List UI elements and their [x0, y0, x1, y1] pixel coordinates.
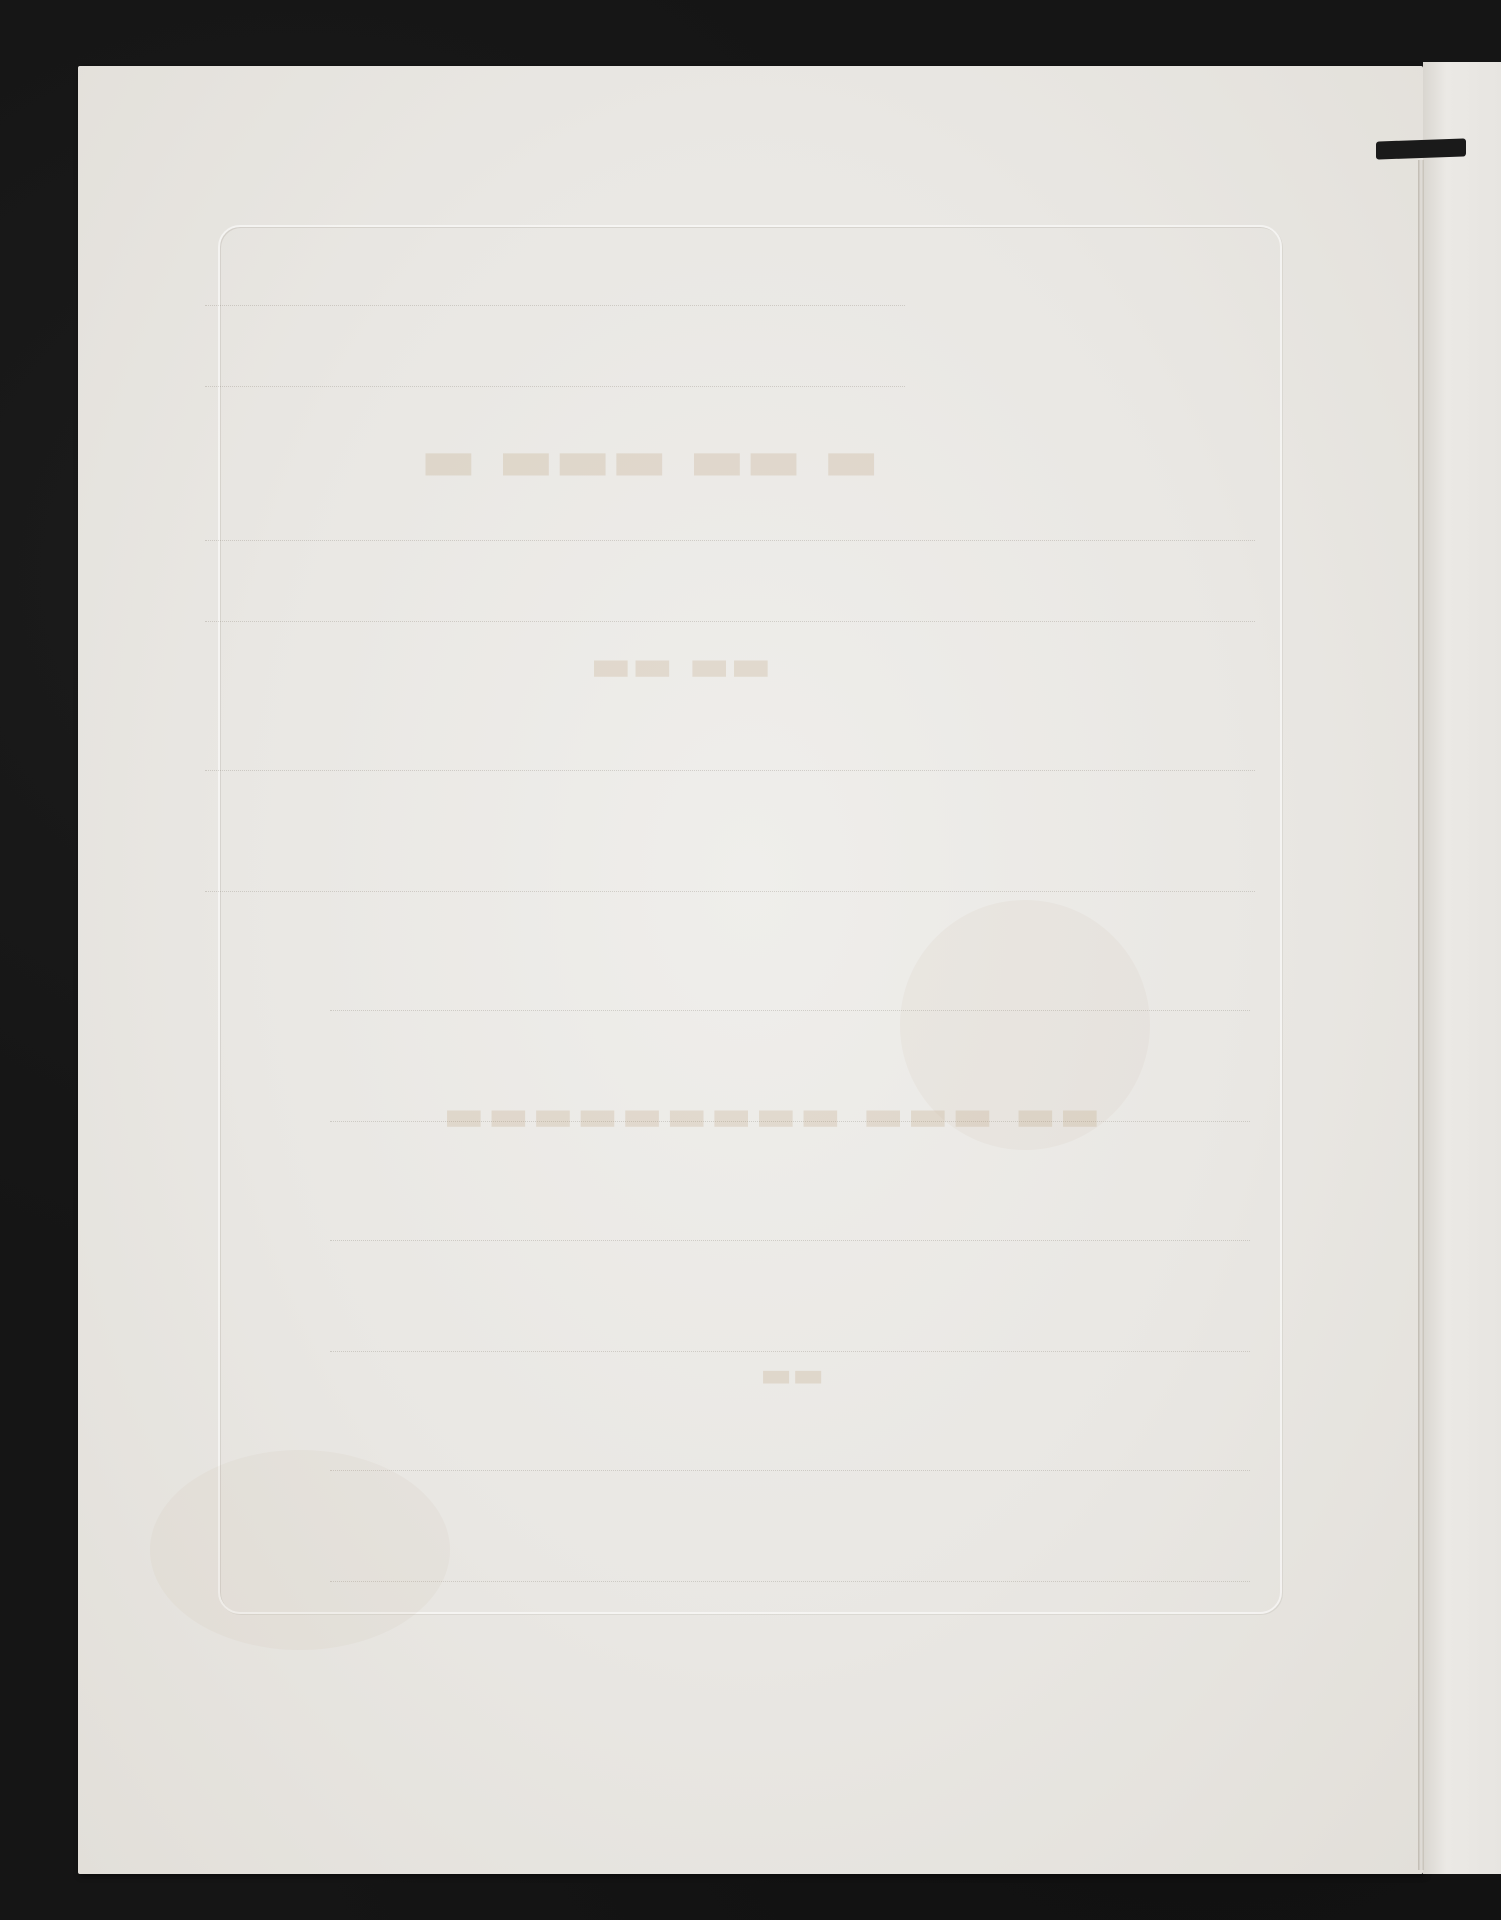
show-through-staff — [205, 540, 1255, 622]
show-through-title: ▬ ▬▬ ▬▬▬ ▬ — [420, 425, 880, 495]
book-page-right-edge — [1423, 62, 1501, 1874]
show-through-subtitle: ▬▬ ▬▬ — [590, 640, 772, 691]
show-through-staff — [205, 770, 1255, 892]
paper-stain — [900, 900, 1150, 1150]
show-through-publisher: ▬▬ — [760, 1355, 824, 1395]
show-through-staff — [330, 1240, 1250, 1352]
page-tear — [1376, 138, 1466, 159]
book-spine — [1418, 160, 1424, 1870]
show-through-staff — [330, 1470, 1250, 1582]
show-through-staff — [205, 305, 905, 387]
paper-stain — [150, 1450, 450, 1650]
